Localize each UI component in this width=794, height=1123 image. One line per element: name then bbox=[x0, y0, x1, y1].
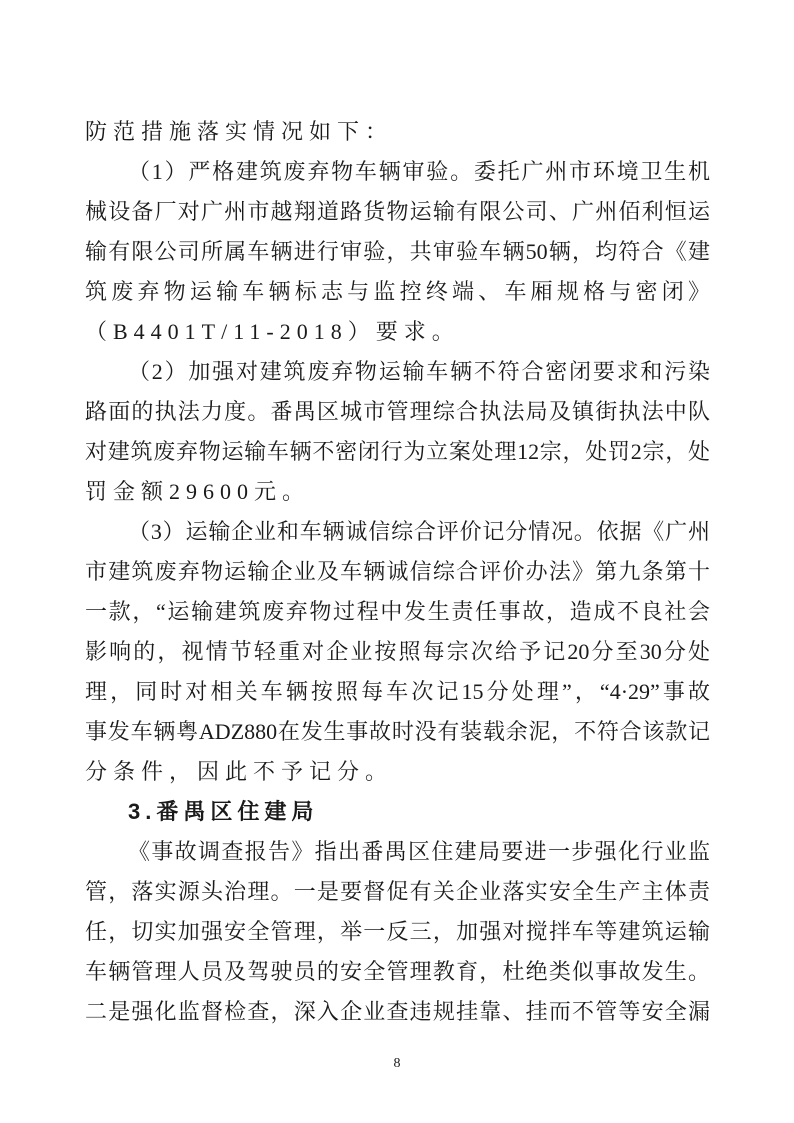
text-line: 筑废弃物运输车辆标志与监控终端、车厢规格与密闭》 bbox=[85, 272, 710, 312]
text-line: 罚金额29600元。 bbox=[85, 472, 710, 512]
text-line: 路面的执法力度。番禺区城市管理综合执法局及镇街执法中队 bbox=[85, 392, 710, 432]
text-line: 理，同时对相关车辆按照每车次记15分处理”，“4·29”事故 bbox=[85, 672, 710, 712]
text-line: 车辆管理人员及驾驶员的安全管理教育，杜绝类似事故发生。 bbox=[85, 952, 710, 992]
text-line: 械设备厂对广州市越翔道路货物运输有限公司、广州佰利恒运 bbox=[85, 192, 710, 232]
text-line: 管，落实源头治理。一是要督促有关企业落实安全生产主体责 bbox=[85, 872, 710, 912]
document-page: 防范措施落实情况如下： （1）严格建筑废弃物车辆审验。委托广州市环境卫生机 械设… bbox=[0, 0, 794, 1123]
text-line: 防范措施落实情况如下： bbox=[85, 112, 710, 152]
text-line: 分条件，因此不予记分。 bbox=[85, 752, 710, 792]
text-line: （1）严格建筑废弃物车辆审验。委托广州市环境卫生机 bbox=[85, 152, 710, 192]
text-line: （3）运输企业和车辆诚信综合评价记分情况。依据《广州 bbox=[85, 512, 710, 552]
text-line: 市建筑废弃物运输企业及车辆诚信综合评价办法》第九条第十 bbox=[85, 552, 710, 592]
page-number: 8 bbox=[0, 1054, 794, 1074]
text-line: 一款，“运输建筑废弃物过程中发生责任事故，造成不良社会 bbox=[85, 592, 710, 632]
text-line: 任，切实加强安全管理，举一反三，加强对搅拌车等建筑运输 bbox=[85, 912, 710, 952]
section-heading-panyu-housing-bureau: 3.番禺区住建局 bbox=[85, 792, 710, 832]
text-line: 《事故调查报告》指出番禺区住建局要进一步强化行业监 bbox=[85, 832, 710, 872]
text-line: （2）加强对建筑废弃物运输车辆不符合密闭要求和污染 bbox=[85, 352, 710, 392]
text-line: 对建筑废弃物运输车辆不密闭行为立案处理12宗，处罚2宗，处 bbox=[85, 432, 710, 472]
text-line: （B4401T/11-2018）要求。 bbox=[85, 312, 710, 352]
text-line: 输有限公司所属车辆进行审验，共审验车辆50辆，均符合《建 bbox=[85, 232, 710, 272]
document-body: 防范措施落实情况如下： （1）严格建筑废弃物车辆审验。委托广州市环境卫生机 械设… bbox=[85, 112, 710, 1032]
text-line: 事发车辆粤ADZ880在发生事故时没有装载余泥，不符合该款记 bbox=[85, 712, 710, 752]
text-line: 二是强化监督检查，深入企业查违规挂靠、挂而不管等安全漏 bbox=[85, 992, 710, 1032]
text-line: 影响的，视情节轻重对企业按照每宗次给予记20分至30分处 bbox=[85, 632, 710, 672]
